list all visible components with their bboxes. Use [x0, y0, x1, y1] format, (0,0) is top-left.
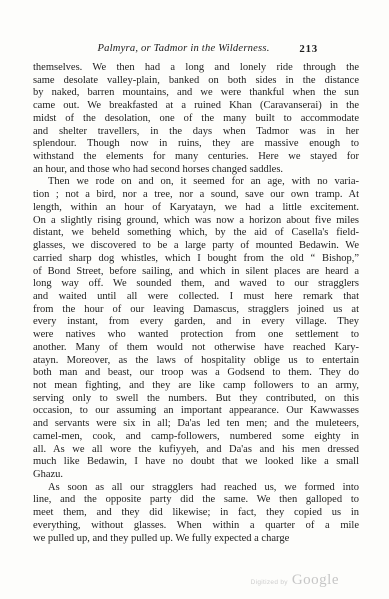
text-line: all. As we all wore the kufiyyeh, and Da…: [33, 444, 359, 457]
text-line: camel-men, cook, and camp-followers, num…: [33, 431, 359, 444]
text-line: of Bond Street, before sailing, and whic…: [33, 266, 359, 279]
text-line: we pulled up, and they pulled up. We ful…: [33, 533, 359, 546]
text-line: and waited until all were collected. I m…: [33, 291, 359, 304]
running-header: Palmyra, or Tadmor in the Wilderness. 21…: [33, 43, 358, 57]
text-line: everything, without glasses. When within…: [33, 520, 359, 533]
text-line: much like Bedawin, I have no doubt that …: [33, 456, 359, 469]
text-line: serving only to swell the numbers. But t…: [33, 393, 359, 406]
text-line: glasses, we discovered to be a large par…: [33, 240, 359, 253]
text-line: from the hour of our leaving Damascus, s…: [33, 304, 359, 317]
page-body: themselves. We then had a long and lonel…: [33, 62, 359, 545]
page-number: 213: [299, 43, 318, 55]
text-line: tion ; not a bird, nor a tree, nor a sou…: [33, 189, 359, 202]
text-line: another. Many of them would not otherwis…: [33, 342, 359, 355]
text-line: every instant, from every garden, and in…: [33, 316, 359, 329]
digitized-by-label: Digitized by: [251, 579, 288, 586]
text-line: occasion, to our assuming an important a…: [33, 405, 359, 418]
text-line: On a slightly rising ground, which was n…: [33, 215, 359, 228]
text-line: not mean fighting, and they are like cam…: [33, 380, 359, 393]
text-line: themselves. We then had a long and lonel…: [33, 62, 359, 75]
text-line: line, and the opposite party did the sam…: [33, 494, 359, 507]
text-line: carried sharp dog whistles, which I boug…: [33, 253, 359, 266]
text-line: distant, we beheld something which, by t…: [33, 227, 359, 240]
text-line: and shelter travellers, in the days when…: [33, 126, 359, 139]
text-line: midst of the desolation, one of the many…: [33, 113, 359, 126]
text-line: and servants were six in all; Da'as led …: [33, 418, 359, 431]
text-line: splendour. Though now in ruins, they are…: [33, 138, 359, 151]
text-line: atayn. Moreover, as the laws of hospital…: [33, 355, 359, 368]
running-header-title: Palmyra, or Tadmor in the Wilderness.: [97, 43, 269, 54]
text-line: same desolate valley-plain, banked on bo…: [33, 75, 359, 88]
text-line: an hour, and those who had second horses…: [33, 164, 359, 177]
text-line: Ghazu.: [33, 469, 359, 482]
text-line: Then we rode on and on, it seemed for an…: [33, 176, 359, 189]
text-line: withstand the elements for many centurie…: [33, 151, 359, 164]
digitized-by-watermark: Digitized by Google: [251, 572, 339, 589]
text-line: length, within an hour of Karyatayn, we …: [33, 202, 359, 215]
text-line: meet them, and they did likewise; in fac…: [33, 507, 359, 520]
scanned-book-page: Palmyra, or Tadmor in the Wilderness. 21…: [0, 0, 389, 599]
text-line: by naked, barren mountains, and we were …: [33, 87, 359, 100]
text-line: were natives who wanted protection from …: [33, 329, 359, 342]
text-line: both man and beast, our troop was a Gods…: [33, 367, 359, 380]
text-line: As soon as all our stragglers had reache…: [33, 482, 359, 495]
google-wordmark: Google: [292, 572, 339, 589]
text-line: long way off. We sounded them, and waved…: [33, 278, 359, 291]
text-line: came out. We breakfasted at a ruined Kha…: [33, 100, 359, 113]
